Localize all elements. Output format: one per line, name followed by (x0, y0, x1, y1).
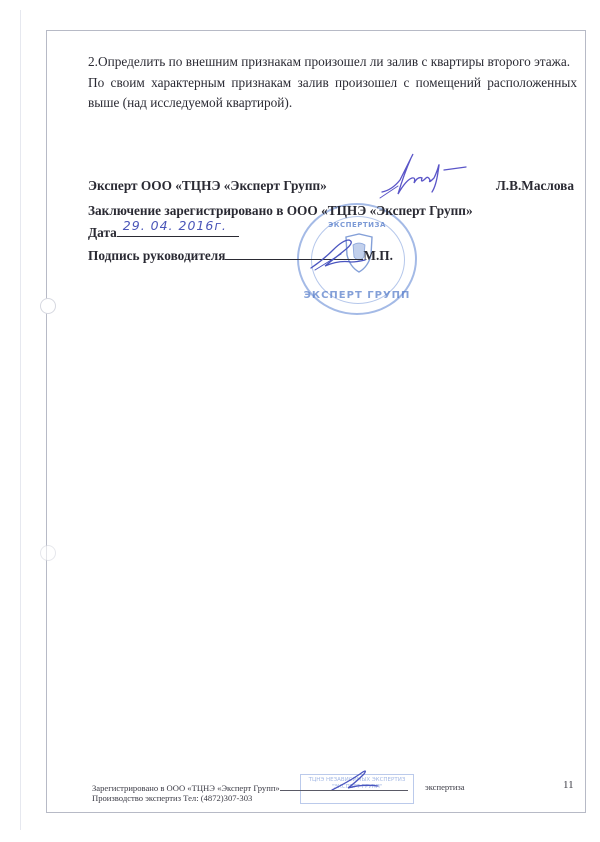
expert-name: Л.В.Маслова (496, 176, 574, 197)
expert-row: Эксперт ООО «ТЦНЭ «Эксперт Групп» Л.В.Ма… (88, 176, 578, 197)
punch-hole-mark (40, 545, 56, 561)
expert-label: Эксперт ООО «ТЦНЭ «Эксперт Групп» (88, 178, 327, 193)
punch-hole-mark (40, 298, 56, 314)
head-signature-label: Подпись руководителя (88, 248, 225, 263)
date-field: 29. 04. 2016г. (117, 221, 239, 237)
footer-signature-line (280, 782, 408, 791)
footer-row-1: Зарегистрировано в ООО «ТЦНЭ «Эксперт Гр… (92, 782, 582, 793)
footer-registered-text: Зарегистрировано в ООО «ТЦНЭ «Эксперт Гр… (92, 783, 280, 793)
expert-signature-icon (378, 150, 478, 202)
footer-row-2: Производство экспертиз Тел: (4872)307-30… (92, 793, 582, 804)
document-body: 2.Определить по внешним признакам произо… (88, 52, 577, 114)
paragraph-question-text: 2.Определить по внешним признакам произо… (88, 54, 570, 69)
paragraph-answer: По своим характерным признакам залив про… (88, 73, 577, 114)
footer-phone-text: Производство экспертиз Тел: (4872)307-30… (92, 793, 252, 803)
date-label: Дата (88, 225, 117, 240)
page-footer: Зарегистрировано в ООО «ТЦНЭ «Эксперт Гр… (92, 782, 582, 804)
scan-edge-line (20, 10, 21, 830)
paragraph-question: 2.Определить по внешним признакам произо… (88, 52, 577, 73)
page-number: 11 (563, 779, 574, 791)
footer-expertise-word: экспертиза (425, 782, 465, 793)
stamp-bottom-text: ЭКСПЕРТ ГРУПП (299, 290, 415, 301)
date-handwritten-value: 29. 04. 2016г. (123, 216, 227, 237)
page-frame (46, 30, 586, 813)
head-signature-icon (305, 236, 375, 272)
paragraph-answer-text: По своим характерным признакам залив про… (88, 75, 577, 111)
